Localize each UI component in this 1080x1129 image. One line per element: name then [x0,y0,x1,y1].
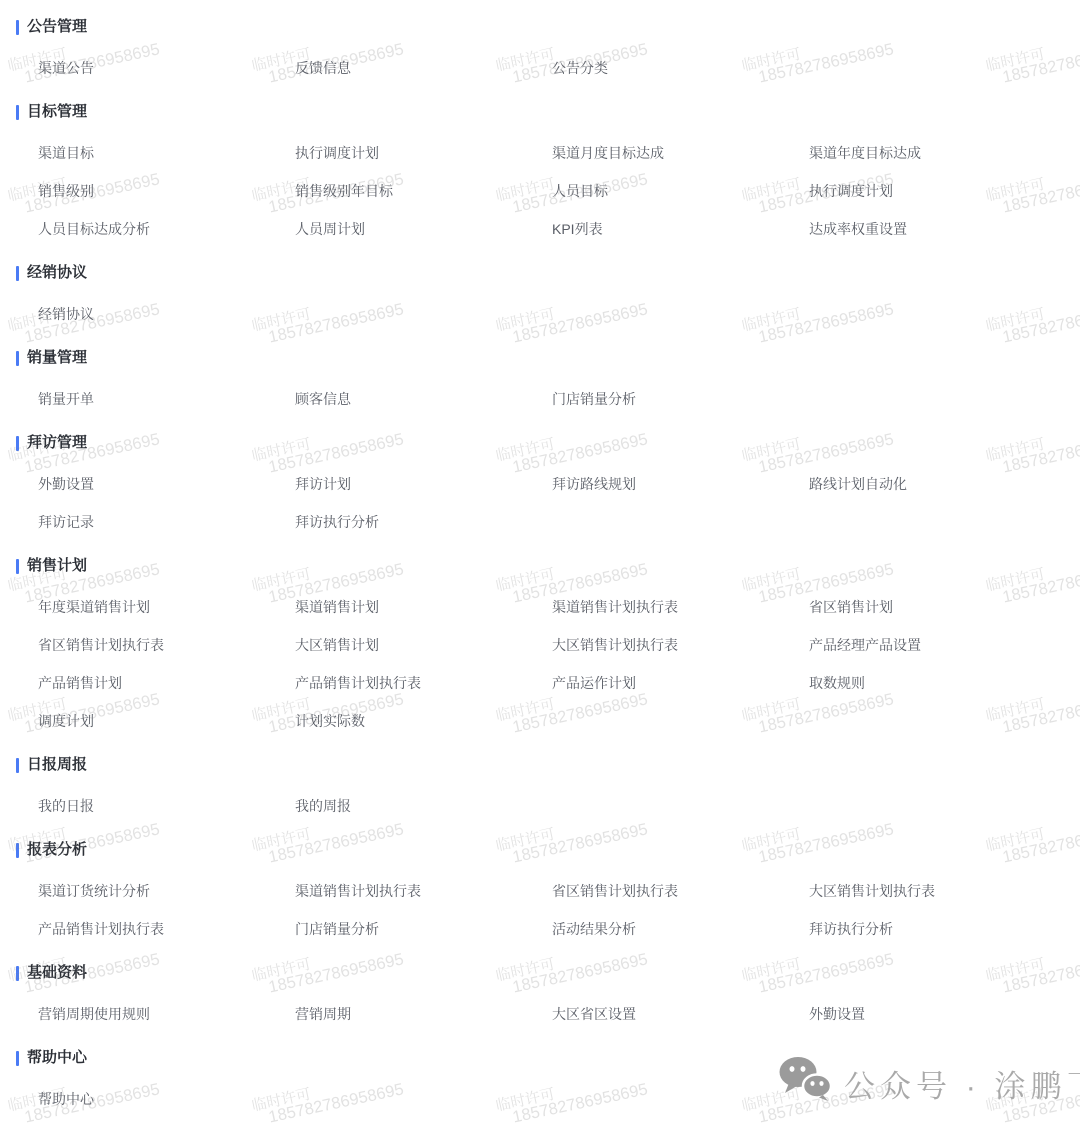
section-sales-plan: 销售计划 年度渠道销售计划 渠道销售计划 渠道销售计划执行表 省区销售计划 省区… [16,557,1080,740]
menu-item[interactable]: 营销周期 [295,995,552,1033]
menu-item[interactable]: 产品销售计划执行表 [295,664,552,702]
section-title-text: 帮助中心 [27,1049,87,1067]
section-accent-bar [16,758,19,773]
menu-item[interactable]: 门店销量分析 [295,910,552,948]
section-title-text: 拜访管理 [27,434,87,452]
menu-item[interactable]: 执行调度计划 [295,134,552,172]
menu-item[interactable]: 大区省区设置 [552,995,809,1033]
section-title: 目标管理 [16,103,1080,121]
menu-item[interactable]: 年度渠道销售计划 [38,588,295,626]
menu-grid: 渠道目标 执行调度计划 渠道月度目标达成 渠道年度目标达成 销售级别 销售级别年… [38,134,1080,248]
section-basic-data: 基础资料 营销周期使用规则 营销周期 大区省区设置 外勤设置 [16,964,1080,1033]
menu-item[interactable]: 调度计划 [38,702,295,740]
section-accent-bar [16,966,19,981]
menu-grid: 帮助中心 [38,1080,1080,1118]
menu-item[interactable]: 顾客信息 [295,380,552,418]
menu-item[interactable]: 拜访计划 [295,465,552,503]
section-report-analysis: 报表分析 渠道订货统计分析 渠道销售计划执行表 省区销售计划执行表 大区销售计划… [16,841,1080,948]
menu-item[interactable]: 营销周期使用规则 [38,995,295,1033]
menu-item[interactable]: 省区销售计划执行表 [38,626,295,664]
menu-item[interactable]: 执行调度计划 [809,172,1066,210]
menu-item[interactable]: 拜访执行分析 [295,503,552,541]
menu-item[interactable]: 外勤设置 [38,465,295,503]
menu-item[interactable]: 人员目标达成分析 [38,210,295,248]
menu-item[interactable]: 人员周计划 [295,210,552,248]
menu-item[interactable]: 产品经理产品设置 [809,626,1066,664]
menu-item[interactable]: 计划实际数 [295,702,552,740]
section-title-text: 销售计划 [27,557,87,575]
menu-item[interactable]: 门店销量分析 [552,380,809,418]
menu-grid: 营销周期使用规则 营销周期 大区省区设置 外勤设置 [38,995,1080,1033]
menu-item[interactable]: 销量开单 [38,380,295,418]
menu-item[interactable]: 产品运作计划 [552,664,809,702]
menu-grid: 渠道公告 反馈信息 公告分类 [38,49,1080,87]
section-title: 报表分析 [16,841,1080,859]
menu-item[interactable]: 活动结果分析 [552,910,809,948]
menu-item[interactable]: 拜访执行分析 [809,910,1066,948]
section-daily-weekly-report: 日报周报 我的日报 我的周报 [16,756,1080,825]
section-help-center: 帮助中心 帮助中心 [16,1049,1080,1118]
menu-item[interactable]: 拜访记录 [38,503,295,541]
section-title: 销售计划 [16,557,1080,575]
section-title: 经销协议 [16,264,1080,282]
section-accent-bar [16,105,19,120]
menu-item[interactable]: 大区销售计划执行表 [552,626,809,664]
menu-grid: 渠道订货统计分析 渠道销售计划执行表 省区销售计划执行表 大区销售计划执行表 产… [38,872,1080,948]
menu-item[interactable]: 销售级别 [38,172,295,210]
menu-item[interactable]: 渠道销售计划执行表 [295,872,552,910]
menu-item[interactable]: 渠道年度目标达成 [809,134,1066,172]
section-accent-bar [16,559,19,574]
section-title: 帮助中心 [16,1049,1080,1067]
section-announcement-management: 公告管理 渠道公告 反馈信息 公告分类 [16,18,1080,87]
menu-item[interactable]: 达成率权重设置 [809,210,1066,248]
menu-grid: 年度渠道销售计划 渠道销售计划 渠道销售计划执行表 省区销售计划 省区销售计划执… [38,588,1080,740]
menu-item[interactable]: 渠道销售计划执行表 [552,588,809,626]
menu-item[interactable]: 大区销售计划 [295,626,552,664]
menu-item[interactable]: 渠道月度目标达成 [552,134,809,172]
section-target-management: 目标管理 渠道目标 执行调度计划 渠道月度目标达成 渠道年度目标达成 销售级别 … [16,103,1080,248]
menu-item[interactable]: 渠道销售计划 [295,588,552,626]
section-title: 销量管理 [16,349,1080,367]
menu-item[interactable]: 帮助中心 [38,1080,295,1118]
section-title-text: 报表分析 [27,841,87,859]
section-accent-bar [16,436,19,451]
section-accent-bar [16,266,19,281]
menu-grid: 销量开单 顾客信息 门店销量分析 [38,380,1080,418]
section-title-text: 基础资料 [27,964,87,982]
section-title: 公告管理 [16,18,1080,36]
menu-item[interactable]: 公告分类 [552,49,809,87]
menu-item[interactable]: 我的日报 [38,787,295,825]
menu-item[interactable]: 省区销售计划 [809,588,1066,626]
menu-item[interactable]: 省区销售计划执行表 [552,872,809,910]
section-accent-bar [16,1051,19,1066]
section-title-text: 目标管理 [27,103,87,121]
section-accent-bar [16,20,19,35]
menu-item[interactable]: 取数规则 [809,664,1066,702]
section-title: 拜访管理 [16,434,1080,452]
menu-item[interactable]: 大区销售计划执行表 [809,872,1066,910]
section-sales-volume-management: 销量管理 销量开单 顾客信息 门店销量分析 [16,349,1080,418]
menu-item[interactable]: 渠道订货统计分析 [38,872,295,910]
menu-item[interactable]: KPI列表 [552,210,809,248]
menu-item[interactable]: 反馈信息 [295,49,552,87]
section-title-text: 销量管理 [27,349,87,367]
section-accent-bar [16,351,19,366]
menu-item[interactable]: 我的周报 [295,787,552,825]
section-visit-management: 拜访管理 外勤设置 拜访计划 拜访路线规划 路线计划自动化 拜访记录 拜访执行分… [16,434,1080,541]
menu-grid: 经销协议 [38,295,1080,333]
section-title: 基础资料 [16,964,1080,982]
menu-item[interactable]: 外勤设置 [809,995,1066,1033]
section-accent-bar [16,843,19,858]
section-title-text: 公告管理 [27,18,87,36]
menu-grid: 我的日报 我的周报 [38,787,1080,825]
menu-item[interactable]: 渠道公告 [38,49,295,87]
section-distribution-agreement: 经销协议 经销协议 [16,264,1080,333]
section-title-text: 经销协议 [27,264,87,282]
module-directory-page: 公告管理 渠道公告 反馈信息 公告分类 目标管理 渠道目标 执行调度计划 渠道月… [16,18,1080,1118]
menu-grid: 外勤设置 拜访计划 拜访路线规划 路线计划自动化 拜访记录 拜访执行分析 [38,465,1080,541]
menu-item[interactable]: 路线计划自动化 [809,465,1066,503]
menu-item[interactable]: 产品销售计划 [38,664,295,702]
menu-item[interactable]: 渠道目标 [38,134,295,172]
menu-item[interactable]: 产品销售计划执行表 [38,910,295,948]
menu-item[interactable]: 人员目标 [552,172,809,210]
section-title-text: 日报周报 [27,756,87,774]
menu-item[interactable]: 拜访路线规划 [552,465,809,503]
menu-item[interactable]: 销售级别年目标 [295,172,552,210]
menu-item[interactable]: 经销协议 [38,295,295,333]
section-title: 日报周报 [16,756,1080,774]
